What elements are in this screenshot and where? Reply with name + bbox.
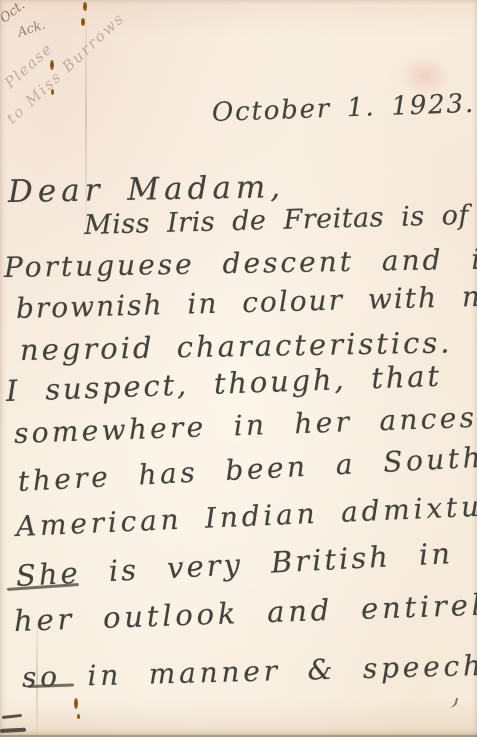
rust-spot [83,2,87,11]
body-line: somewhere in her ancestry [13,399,477,450]
body-line: brownish in colour with no [16,279,477,325]
stray-ink-mark [448,696,458,709]
body-line: She is very British in [15,536,454,593]
rust-spot [77,714,80,719]
rust-spot [51,89,54,95]
body-line: I suspect, though, that [5,359,442,408]
rust-spot [81,18,85,26]
body-line: there has been a South [17,441,477,498]
ink-dash [0,728,26,733]
body-line: Portuguese descent and is [4,242,477,284]
letter-page: Oct. Ack. Please to Miss Burrows October… [0,0,477,737]
body-line: American Indian admixture. [15,487,477,543]
body-line: her outlook and entirely [13,587,477,638]
body-line: so in manner & speech. [22,649,477,694]
date-line: October 1. 1923. [211,89,475,128]
rust-spot [50,60,54,70]
pencil-ack-note: Ack. [16,18,48,41]
salutation: Dear Madam, [8,169,286,210]
ink-dash [2,714,22,719]
rust-spot [74,698,78,709]
